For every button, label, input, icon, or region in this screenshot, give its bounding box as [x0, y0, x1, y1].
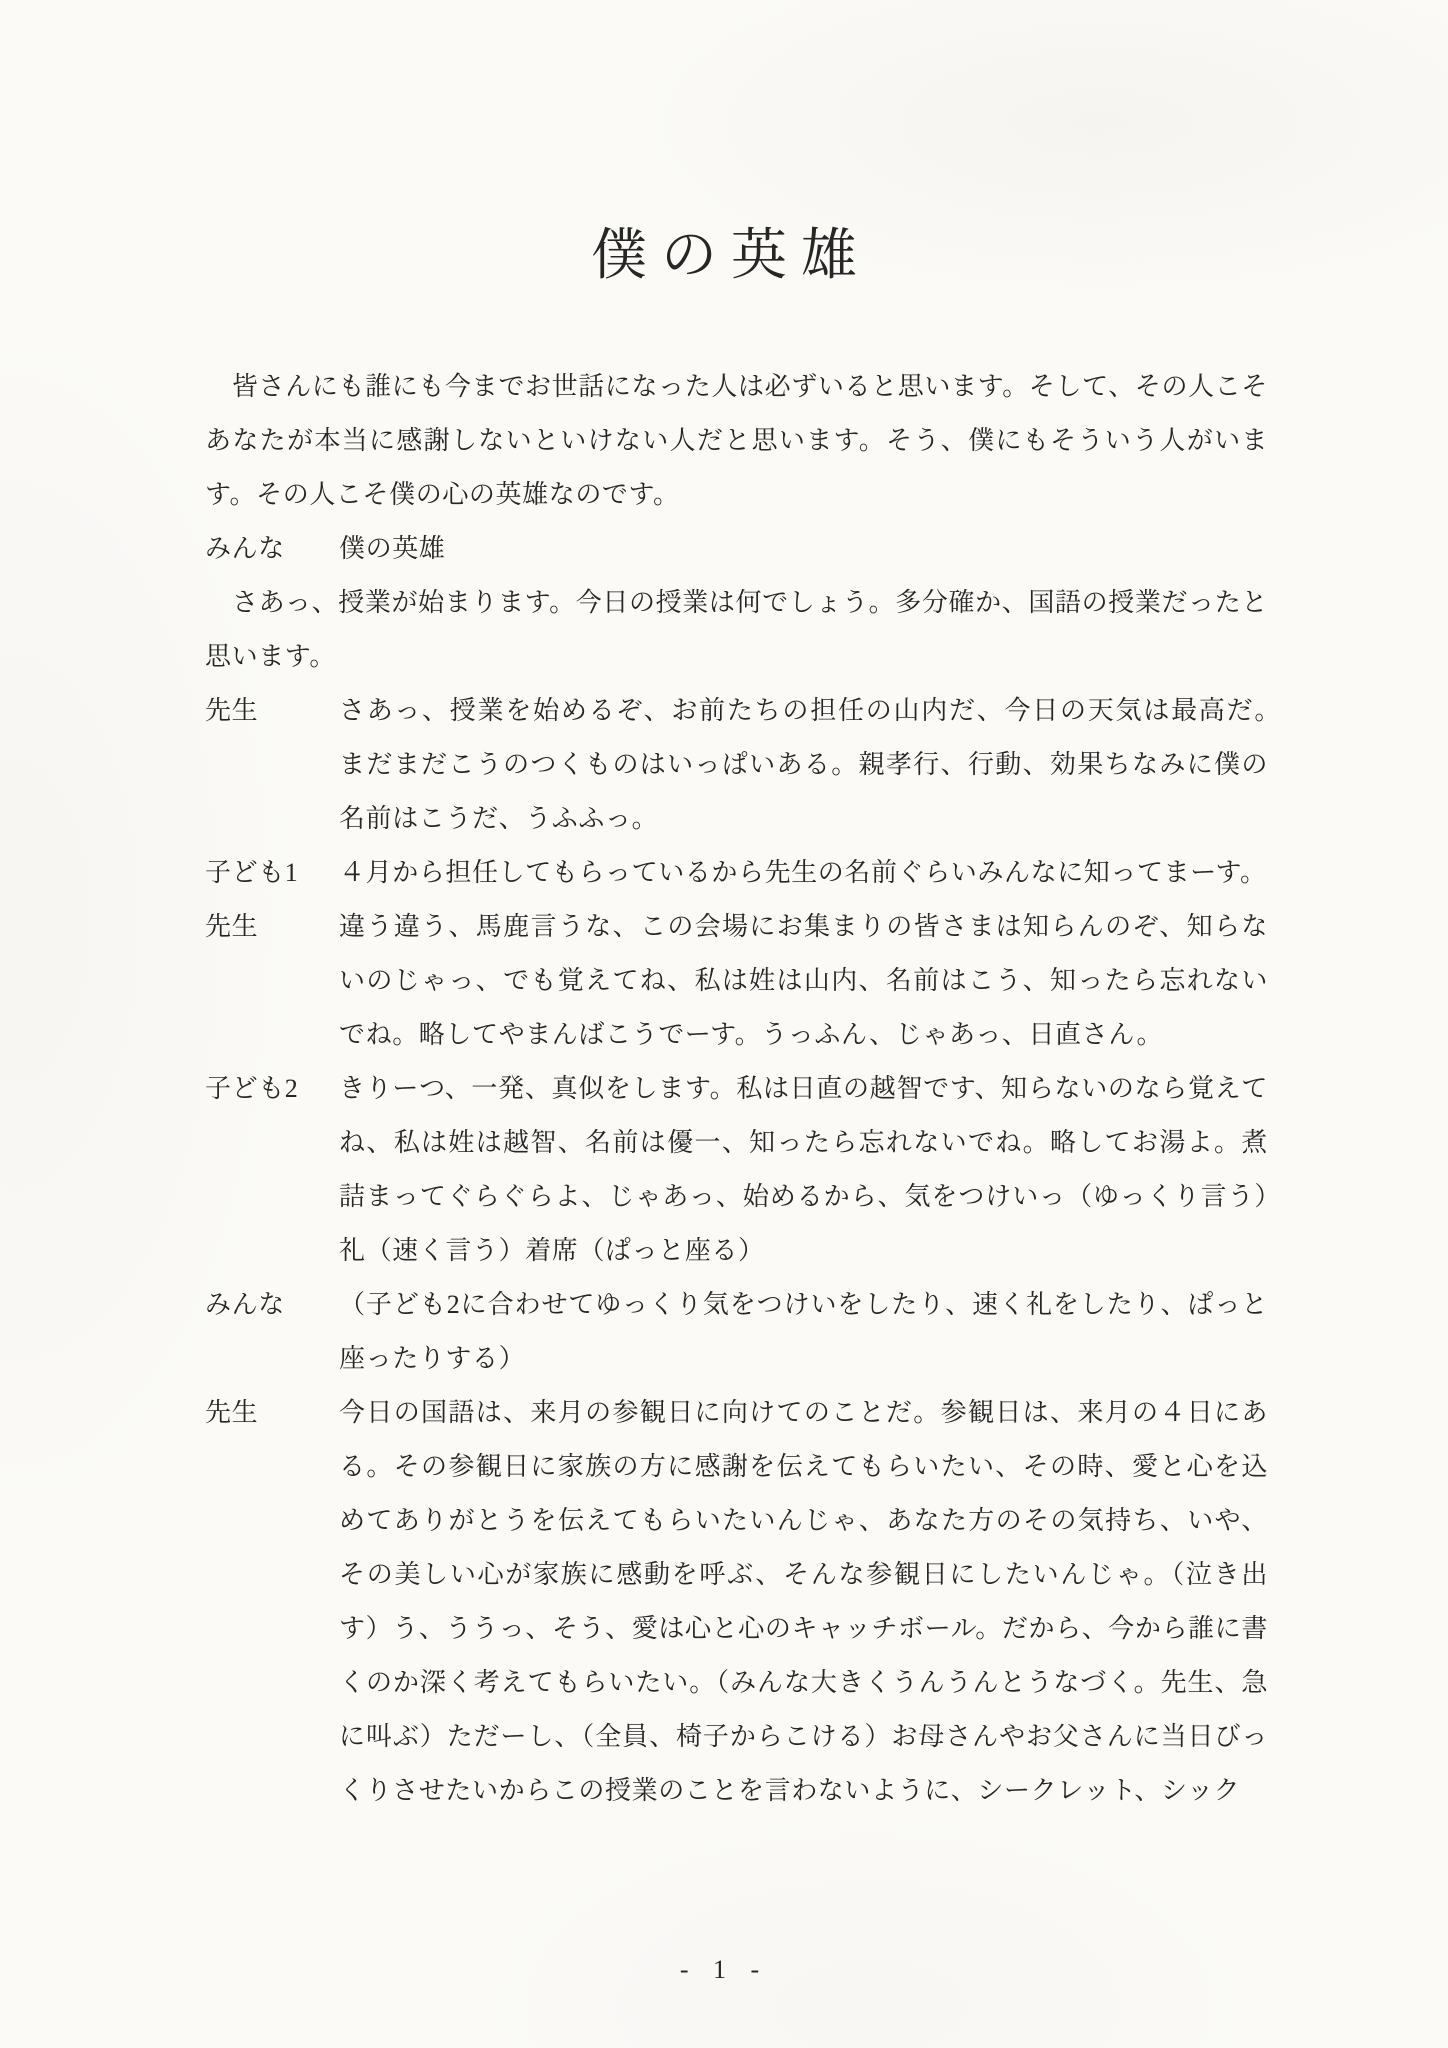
dialogue-text: 今日の国語は、来月の参観日に向けてのことだ。参観日は、来月の４日にある。その参観… — [339, 1386, 1268, 1818]
narration-paragraph: 皆さんにも誰にも今までお世話になった人は必ずいると思います。そして、その人こそあ… — [205, 360, 1268, 522]
page-title: 僕の英雄 — [0, 226, 1448, 286]
speaker-label: 子ども2 — [205, 1062, 339, 1116]
dialogue-row: 子ども1 ４月から担任してもらっているから先生の名前ぐらいみんなに知ってまーす。 — [205, 846, 1268, 900]
speaker-label: みんな — [205, 1278, 339, 1332]
dialogue-text: きりーつ、一発、真似をします。私は日直の越智です、知らないのなら覚えてね、私は姓… — [339, 1062, 1268, 1278]
dialogue-text: 違う違う、馬鹿言うな、この会場にお集まりの皆さまは知らんのぞ、知らないのじゃっ、… — [339, 900, 1268, 1062]
dialogue-text: （子ども2に合わせてゆっくり気をつけいをしたり、速く礼をしたり、ぱっと座ったりす… — [339, 1278, 1268, 1386]
speaker-label: 先生 — [205, 1386, 339, 1440]
dialogue-row: みんな （子ども2に合わせてゆっくり気をつけいをしたり、速く礼をしたり、ぱっと座… — [205, 1278, 1268, 1386]
speaker-label: 先生 — [205, 684, 339, 738]
dialogue-row: 子ども2 きりーつ、一発、真似をします。私は日直の越智です、知らないのなら覚えて… — [205, 1062, 1268, 1278]
document-page: 僕の英雄 皆さんにも誰にも今までお世話になった人は必ずいると思います。そして、そ… — [0, 0, 1448, 2048]
dialogue-text: さあっ、授業を始めるぞ、お前たちの担任の山内だ、今日の天気は最高だ。 まだまだこ… — [339, 684, 1268, 846]
dialogue-row: 先生 さあっ、授業を始めるぞ、お前たちの担任の山内だ、今日の天気は最高だ。 まだ… — [205, 684, 1268, 846]
speaker-label: みんな — [205, 522, 339, 576]
narration-paragraph: さあっ、授業が始まります。今日の授業は何でしょう。多分確か、国語の授業だったと思… — [205, 576, 1268, 684]
dialogue-row: 先生 今日の国語は、来月の参観日に向けてのことだ。参観日は、来月の４日にある。そ… — [205, 1386, 1268, 1818]
speaker-label: 先生 — [205, 900, 339, 954]
dialogue-text: 僕の英雄 — [339, 522, 1268, 576]
dialogue-row: みんな 僕の英雄 — [205, 522, 1268, 576]
script-body: 皆さんにも誰にも今までお世話になった人は必ずいると思います。そして、その人こそあ… — [205, 360, 1268, 1818]
speaker-label: 子ども1 — [205, 846, 339, 900]
page-number: - 1 - — [0, 1950, 1448, 1990]
dialogue-text: ４月から担任してもらっているから先生の名前ぐらいみんなに知ってまーす。 — [339, 846, 1268, 900]
dialogue-row: 先生 違う違う、馬鹿言うな、この会場にお集まりの皆さまは知らんのぞ、知らないのじ… — [205, 900, 1268, 1062]
